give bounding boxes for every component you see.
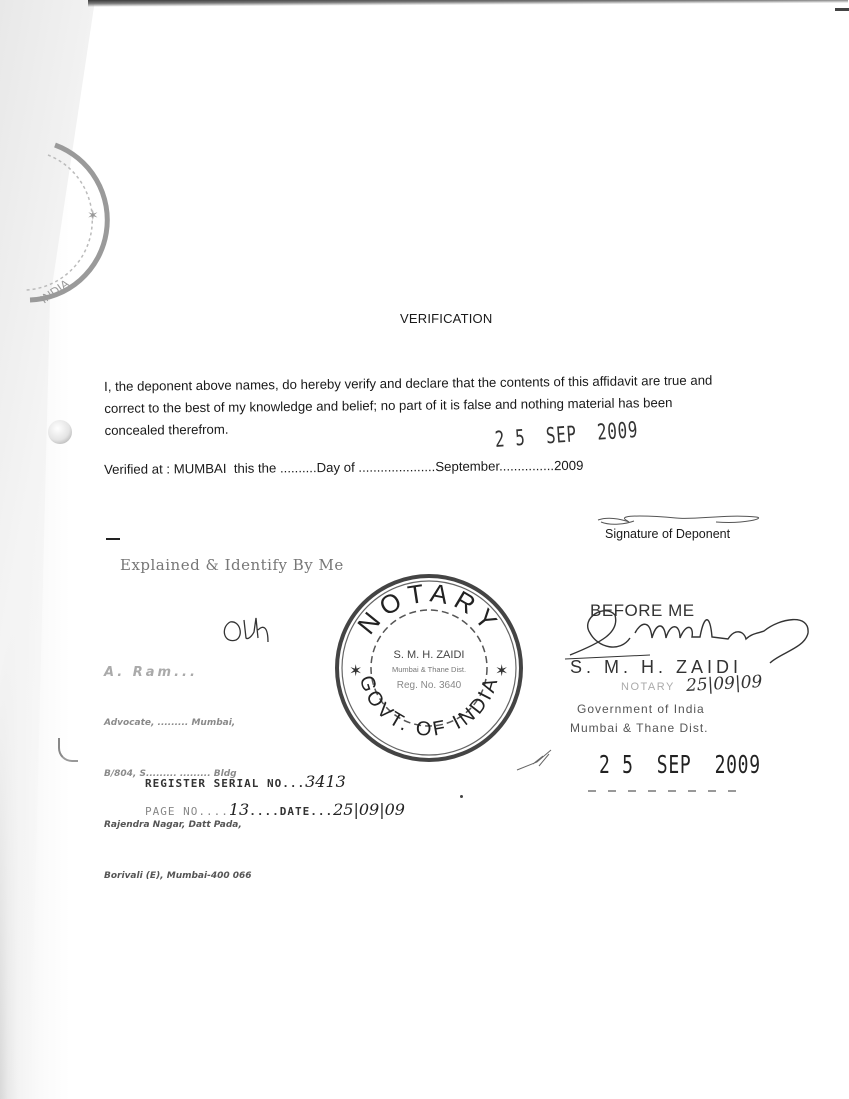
document-title: VERIFICATION xyxy=(400,311,492,326)
notary-handwritten-date: 25|09|09 xyxy=(686,672,763,696)
dash-mark xyxy=(106,538,120,540)
seal-name: S. M. H. ZAIDI xyxy=(394,649,465,661)
notary-district: Mumbai & Thane Dist. xyxy=(570,721,709,735)
register-page-value: 13 xyxy=(229,800,249,819)
dotted-underline xyxy=(588,790,743,792)
corner-mark xyxy=(835,8,849,11)
before-me-label: BEFORE ME xyxy=(590,601,695,621)
advocate-line: Borivali (E), Mumbai-400 066 xyxy=(104,868,304,885)
svg-text:✶: ✶ xyxy=(87,208,99,224)
seal-top-text: NOTARY xyxy=(351,577,506,640)
partial-seal-stamp: ✶ INDIA xyxy=(0,125,110,305)
star-icon: ✶ xyxy=(349,661,362,680)
pen-scribble xyxy=(515,748,555,773)
svg-text:NOTARY: NOTARY xyxy=(351,577,506,640)
register-serial-value: 3413 xyxy=(305,772,346,791)
star-icon: ✶ xyxy=(495,661,508,680)
signature-of-deponent-label: Signature of Deponent xyxy=(605,527,730,541)
advocate-signature xyxy=(218,614,288,650)
register-page-line: PAGE NO....13....DATE...25|09|09 xyxy=(145,800,405,819)
seal-district: Mumbai & Thane Dist. xyxy=(392,665,466,674)
advocate-name: A. Ram... xyxy=(104,664,304,681)
page-top-edge xyxy=(88,0,848,7)
register-page-label: PAGE NO.... xyxy=(145,805,229,818)
seal-reg-no: Reg. No. 3640 xyxy=(397,680,462,691)
partial-seal-text: INDIA xyxy=(38,276,72,305)
register-date-label: ....DATE... xyxy=(249,805,333,818)
notary-government: Government of India xyxy=(577,702,705,716)
date-stamp-bottom: 2 5 SEP 2009 xyxy=(599,750,761,779)
register-date-value: 25|09|09 xyxy=(333,800,405,819)
notary-seal: NOTARY GOVT. OF INDIA ✶ ✶ S. M. H. ZAIDI… xyxy=(333,572,525,764)
identified-by-stamp: Explained & Identify By Me xyxy=(120,556,344,574)
advocate-stamp: A. Ram... Advocate, ......... Mumbai, B/… xyxy=(104,630,304,902)
register-serial-label: REGISTER SERIAL NO... xyxy=(145,777,305,790)
ink-dot xyxy=(460,795,463,798)
register-serial-line: REGISTER SERIAL NO...3413 xyxy=(145,772,346,791)
verification-paragraph: I, the deponent above names, do hereby v… xyxy=(104,369,795,442)
advocate-line: Rajendra Nagar, Datt Pada, xyxy=(104,817,304,834)
punch-hole xyxy=(48,420,72,444)
verified-at-line: Verified at : MUMBAI this the ..........… xyxy=(104,458,583,477)
notary-title: NOTARY xyxy=(621,681,675,693)
advocate-line: Advocate, ......... Mumbai, xyxy=(104,715,304,732)
